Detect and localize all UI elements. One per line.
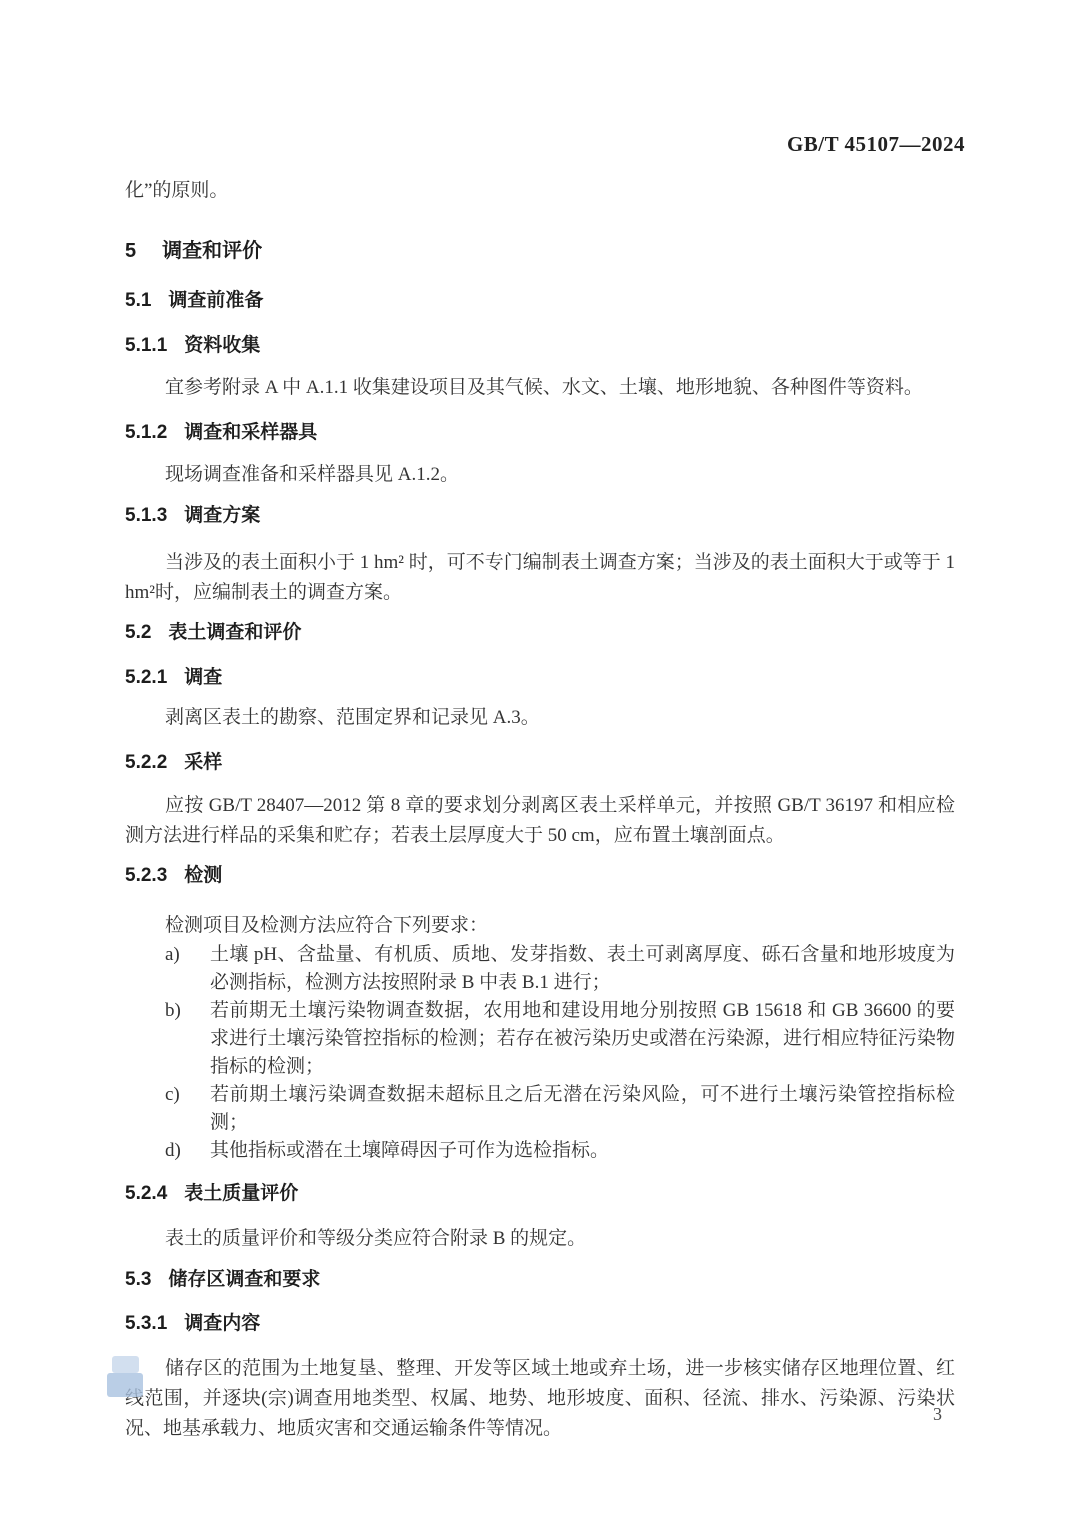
list-item-text: 土壤 pH、含盐量、有机质、质地、发芽指数、表土可剥离厚度、砾石含量和地形坡度为… bbox=[210, 941, 955, 997]
list-marker: c) bbox=[165, 1081, 210, 1137]
clause-title: 资料收集 bbox=[184, 333, 260, 359]
clause-title: 表土调查和评价 bbox=[168, 620, 301, 646]
clause-number: 5.3 bbox=[125, 1267, 151, 1293]
clause-heading-5-1-1: 5.1.1 资料收集 bbox=[125, 333, 955, 359]
clause-number: 5.2.2 bbox=[125, 750, 167, 776]
list-item-text: 若前期无土壤污染物调查数据，农用地和建设用地分别按照 GB 15618 和 GB… bbox=[210, 997, 955, 1081]
clause-title: 调查内容 bbox=[184, 1311, 260, 1337]
page-number: 3 bbox=[933, 1404, 942, 1425]
clause-title: 检测 bbox=[184, 863, 222, 889]
standard-number-header: GB/T 45107—2024 bbox=[125, 131, 965, 157]
clause-heading-5-2-4: 5.2.4 表土质量评价 bbox=[125, 1181, 955, 1207]
clause-number: 5.3.1 bbox=[125, 1311, 167, 1337]
clause-number: 5.1.1 bbox=[125, 333, 167, 359]
clause-number: 5.2 bbox=[125, 620, 151, 646]
list-item-d: d) 其他指标或潜在土壤障碍因子可作为选检指标。 bbox=[165, 1137, 955, 1165]
clause-number: 5.2.3 bbox=[125, 863, 167, 889]
list-item-b: b) 若前期无土壤污染物调查数据，农用地和建设用地分别按照 GB 15618 和… bbox=[165, 997, 955, 1081]
list-item-text: 若前期土壤污染调查数据未超标且之后无潜在污染风险，可不进行土壤污染管控指标检测； bbox=[210, 1081, 955, 1137]
clause-number: 5.1.3 bbox=[125, 503, 167, 529]
clause-heading-5-2-2: 5.2.2 采样 bbox=[125, 750, 955, 776]
clause-heading-5-2-1: 5.2.1 调查 bbox=[125, 665, 955, 691]
clause-title: 调查前准备 bbox=[168, 288, 263, 314]
clause-title: 调查方案 bbox=[184, 503, 260, 529]
list-marker: b) bbox=[165, 997, 210, 1081]
section-number: 5 bbox=[125, 238, 136, 264]
clause-number: 5.1.2 bbox=[125, 420, 167, 446]
clause-title: 表土质量评价 bbox=[184, 1181, 298, 1207]
section-title: 调查和评价 bbox=[162, 238, 262, 264]
paragraph-5-2-1: 剥离区表土的勘察、范围定界和记录见 A.3。 bbox=[125, 703, 955, 733]
paragraph-intro-continuation: 化”的原则。 bbox=[125, 176, 955, 206]
paragraph-5-1-3: 当涉及的表土面积小于 1 hm² 时，可不专门编制表土调查方案；当涉及的表土面积… bbox=[125, 548, 955, 608]
paragraph-5-3-1: 储存区的范围为土地复垦、整理、开发等区域土地或弃土场，进一步核实储存区地理位置、… bbox=[125, 1354, 955, 1444]
clause-title: 采样 bbox=[184, 750, 222, 776]
paragraph-5-1-1: 宜参考附录 A 中 A.1.1 收集建设项目及其气候、水文、土壤、地形地貌、各种… bbox=[125, 373, 955, 403]
list-item-a: a) 土壤 pH、含盐量、有机质、质地、发芽指数、表土可剥离厚度、砾石含量和地形… bbox=[165, 941, 955, 997]
document-page: GB/T 45107—2024 化”的原则。 5 调查和评价 5.1 调查前准备… bbox=[0, 0, 1080, 1529]
paragraph-5-1-2: 现场调查准备和采样器具见 A.1.2。 bbox=[125, 460, 955, 490]
clause-heading-5-1-3: 5.1.3 调查方案 bbox=[125, 503, 955, 529]
section-heading-5: 5 调查和评价 bbox=[125, 238, 955, 264]
paragraph-5-2-4: 表土的质量评价和等级分类应符合附录 B 的规定。 bbox=[125, 1224, 955, 1254]
clause-heading-5-3: 5.3 储存区调查和要求 bbox=[125, 1267, 955, 1293]
clause-heading-5-3-1: 5.3.1 调查内容 bbox=[125, 1311, 955, 1337]
clause-number: 5.2.4 bbox=[125, 1181, 167, 1207]
paragraph-5-2-3-lead: 检测项目及检测方法应符合下列要求： bbox=[125, 911, 955, 941]
clause-heading-5-2: 5.2 表土调查和评价 bbox=[125, 620, 955, 646]
clause-title: 调查 bbox=[184, 665, 222, 691]
clause-heading-5-1: 5.1 调查前准备 bbox=[125, 288, 955, 314]
requirement-list: a) 土壤 pH、含盐量、有机质、质地、发芽指数、表土可剥离厚度、砾石含量和地形… bbox=[125, 941, 955, 1165]
clause-heading-5-1-2: 5.1.2 调查和采样器具 bbox=[125, 420, 955, 446]
list-item-text: 其他指标或潜在土壤障碍因子可作为选检指标。 bbox=[210, 1137, 955, 1165]
clause-number: 5.2.1 bbox=[125, 665, 167, 691]
list-marker: a) bbox=[165, 941, 210, 997]
list-marker: d) bbox=[165, 1137, 210, 1165]
clause-number: 5.1 bbox=[125, 288, 151, 314]
clause-heading-5-2-3: 5.2.3 检测 bbox=[125, 863, 955, 889]
paragraph-5-2-2: 应按 GB/T 28407—2012 第 8 章的要求划分剥离区表土采样单元，并… bbox=[125, 791, 955, 851]
clause-title: 调查和采样器具 bbox=[184, 420, 317, 446]
list-item-c: c) 若前期土壤污染调查数据未超标且之后无潜在污染风险，可不进行土壤污染管控指标… bbox=[165, 1081, 955, 1137]
clause-title: 储存区调查和要求 bbox=[168, 1267, 320, 1293]
